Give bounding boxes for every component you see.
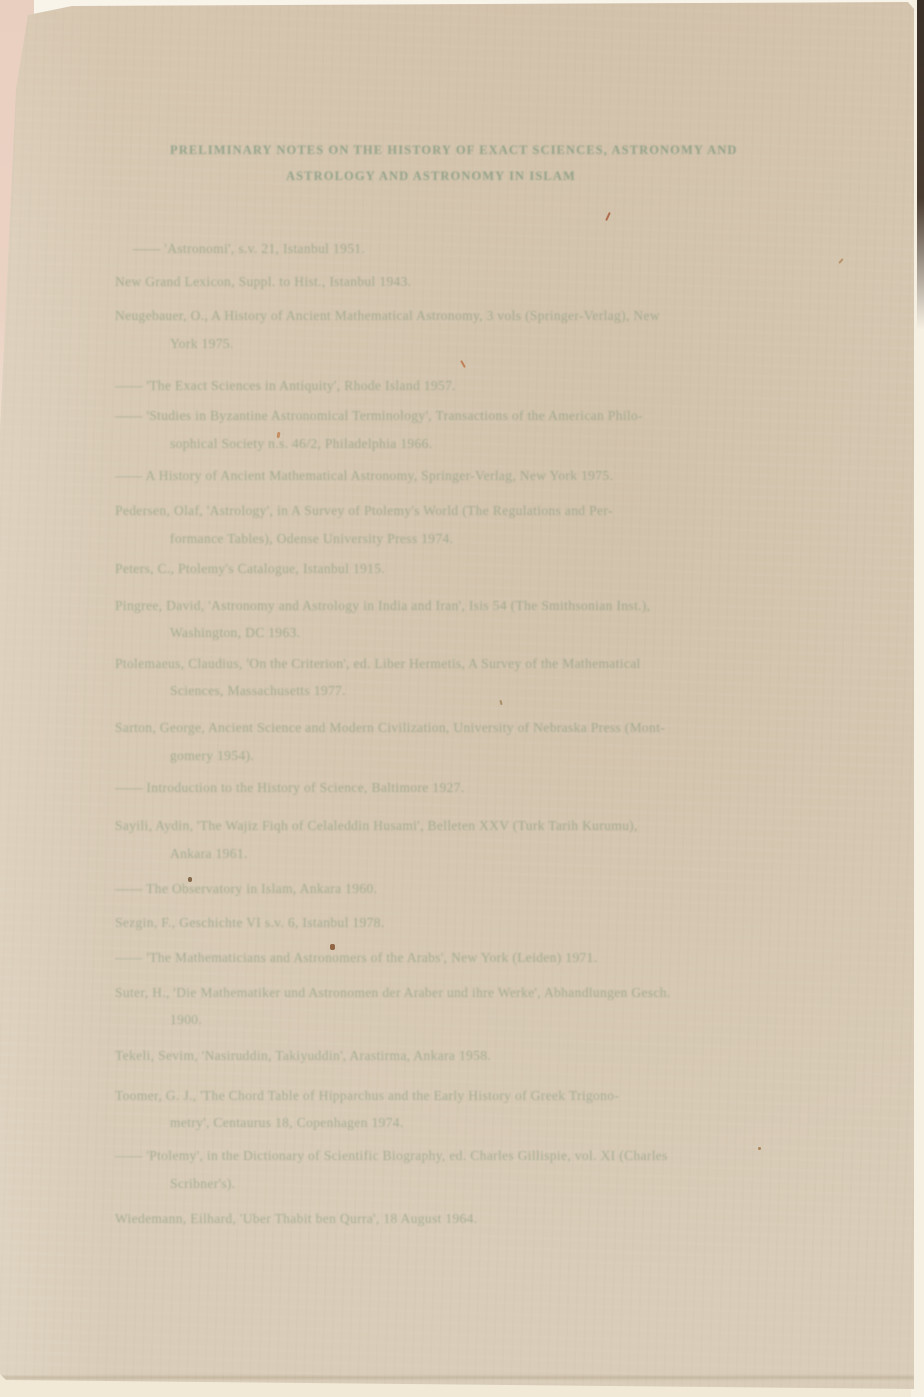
bib-entry-line: metry', Centaurus 18, Copenhagen 1974.	[170, 1115, 422, 1131]
bib-entry-line: York 1975.	[170, 336, 232, 352]
bib-entry-line: Sezgin, F., Geschichte VI s.v. 6, Istanb…	[115, 915, 477, 931]
bib-entry-line: 1900.	[170, 1012, 232, 1028]
bib-entry-line: gomery 1954).	[170, 748, 282, 764]
bib-entry-line: formance Tables), Odense University Pres…	[170, 531, 482, 547]
bib-entry-line: —— 'Astronomi', s.v. 21, Istanbul 1951.	[133, 241, 433, 257]
bib-entry-line: —— 'The Exact Sciences in Antiquity', Rh…	[115, 378, 507, 394]
bib-entry-line: Ankara 1961.	[170, 846, 256, 862]
page-bottom-shadow	[0, 1376, 914, 1379]
bib-entry-line: Sayili, Aydin, 'The Wajiz Fiqh of Celale…	[115, 818, 753, 834]
paper-speck	[330, 944, 335, 950]
bib-entry-line: Pedersen, Olaf, 'Astrology', in A Survey…	[115, 503, 763, 519]
bib-entry-line: —— The Observatory in Islam, Ankara 1960…	[115, 881, 491, 897]
page-heading-line-1: PRELIMINARY NOTES ON THE HISTORY OF EXAC…	[170, 143, 762, 158]
bib-entry-line: Ptolemaeus, Claudius, 'On the Criterion'…	[115, 656, 747, 672]
paper-speck	[188, 877, 192, 882]
paper-speck	[499, 700, 502, 705]
bib-entry-line: New Grand Lexicon, Suppl. to Hist., Ista…	[115, 274, 465, 290]
bib-entry-line: Washington, DC 1963.	[170, 625, 318, 641]
paper-speck	[460, 360, 466, 368]
scan-right-dark-edge	[917, 0, 924, 330]
bib-entry-line: sophical Society n.s. 46/2, Philadelphia…	[170, 436, 532, 452]
paper-speck	[838, 258, 843, 264]
bib-entry-line: —— 'The Mathematicians and Astronomers o…	[115, 950, 631, 966]
bib-entry-line: —— Introduction to the History of Scienc…	[115, 780, 587, 796]
bib-entry-line: Pingree, David, 'Astronomy and Astrology…	[115, 598, 757, 614]
bib-entry-line: Suter, H., 'Die Mathematiker und Astrono…	[115, 985, 763, 1001]
bib-entry-line: —— A History of Ancient Mathematical Ast…	[115, 468, 747, 484]
bib-entry-line: Scribner's).	[170, 1176, 254, 1192]
bib-entry-line: Sciences, Massachusetts 1977.	[170, 683, 366, 699]
paper-speck	[758, 1147, 761, 1150]
bib-entry-line: Neugebauer, O., A History of Ancient Mat…	[115, 308, 763, 324]
paper-speck	[605, 212, 611, 221]
page-heading-line-2: ASTROLOGY AND ASTRONOMY IN ISLAM	[286, 169, 631, 184]
bib-entry-line: Wiedemann, Eilhard, 'Uber Thabit ben Qur…	[115, 1211, 557, 1227]
bib-entry-line: —— 'Studies in Byzantine Astronomical Te…	[115, 408, 767, 424]
bib-entry-line: Toomer, G. J., 'The Chord Table of Hippa…	[115, 1088, 807, 1104]
bib-entry-line: Sarton, George, Ancient Science and Mode…	[115, 720, 763, 736]
bib-entry-line: Peters, C., Ptolemy's Catalogue, Istanbu…	[115, 561, 397, 577]
bib-entry-line: —— 'Ptolemy', in the Dictionary of Scien…	[115, 1148, 757, 1164]
bib-entry-line: Tekeli, Sevim, 'Nasiruddin, Takiyuddin',…	[115, 1048, 603, 1064]
scanned-page: PRELIMINARY NOTES ON THE HISTORY OF EXAC…	[0, 0, 924, 1397]
